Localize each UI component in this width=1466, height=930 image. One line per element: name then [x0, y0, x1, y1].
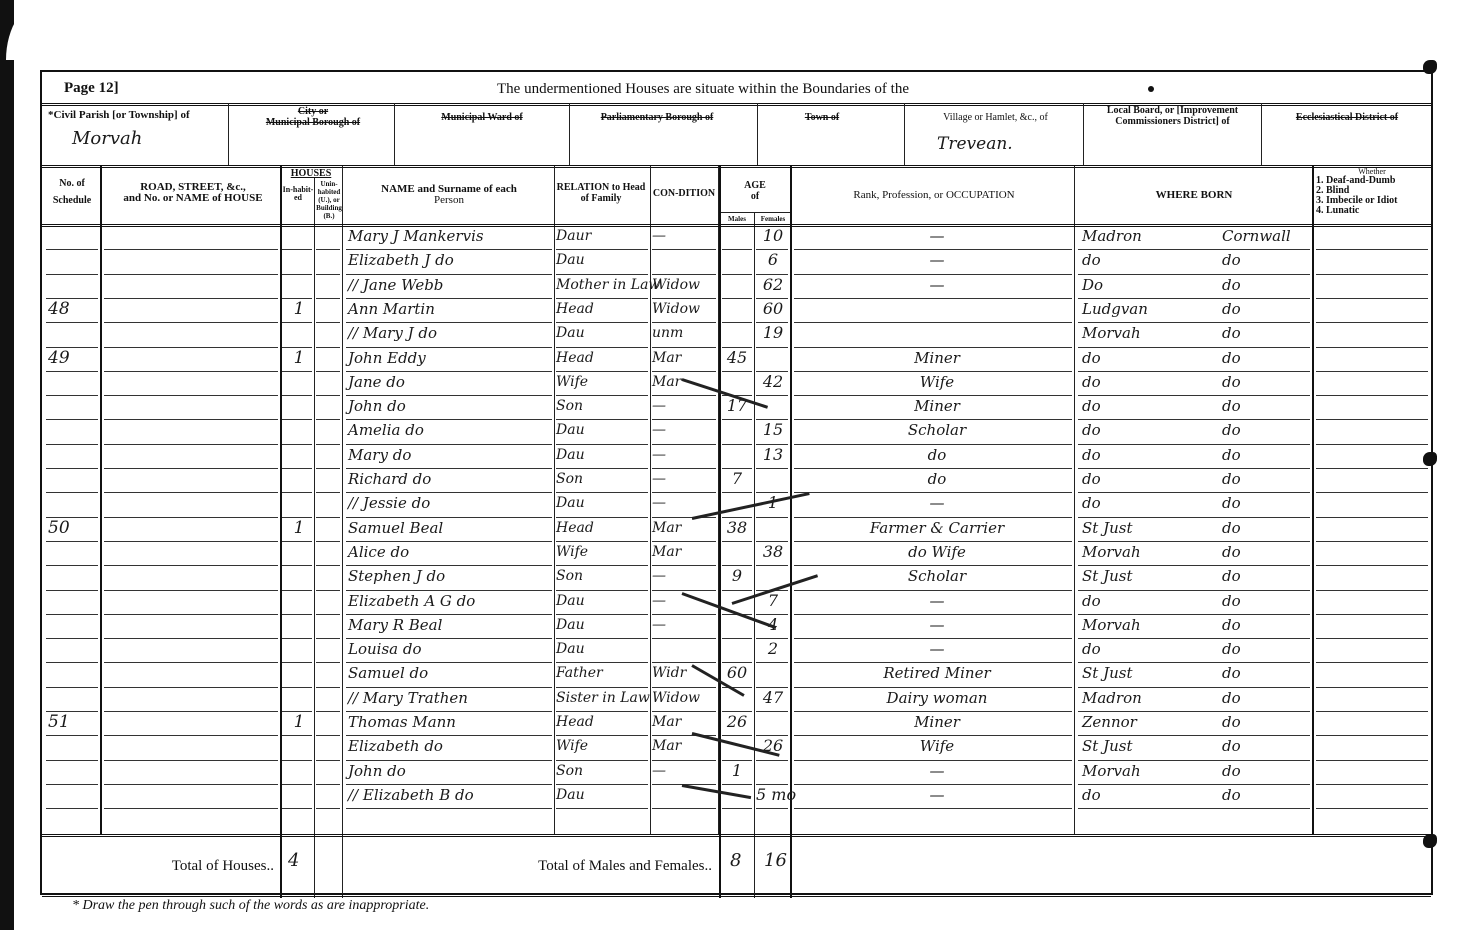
divider: [42, 894, 1431, 897]
cell-schedule: [48, 686, 98, 710]
cell-inhabited: [286, 370, 312, 394]
cell-condition: —: [652, 467, 716, 491]
row-rule: [104, 347, 278, 348]
cell-born-parish: do: [1082, 589, 1222, 613]
cell-name: Jane do: [348, 370, 552, 394]
row-rule: [104, 808, 278, 809]
cell-born-parish: Zennor: [1082, 710, 1222, 734]
row-rule: [104, 468, 278, 469]
cell-born-parish: do: [1082, 783, 1222, 807]
cell-born-county: do: [1222, 394, 1310, 418]
col-condition-header: CON-DITION: [652, 188, 716, 199]
cell-condition: [652, 637, 716, 661]
cell-born-county: do: [1222, 248, 1310, 272]
col-divider: [719, 166, 721, 898]
col-divider: [280, 166, 282, 898]
cell-schedule: 51: [48, 710, 98, 734]
cell-born-parish: do: [1082, 443, 1222, 467]
divider: [904, 103, 905, 165]
bullet-mark: [1148, 86, 1154, 92]
row-rule: [1316, 322, 1428, 323]
cell-female-age: 60: [756, 297, 790, 321]
row-rule: [1316, 614, 1428, 615]
cell-male-age: [722, 418, 752, 442]
cell-born-parish: Madron: [1082, 686, 1222, 710]
cell-born-county: do: [1222, 297, 1310, 321]
row-rule: [316, 322, 340, 323]
cell-schedule: [48, 418, 98, 442]
cell-female-age: 6: [756, 248, 790, 272]
col-males-header: Males: [720, 215, 754, 223]
row-rule: [316, 711, 340, 712]
cell-born-parish: do: [1082, 370, 1222, 394]
cell-inhabited: [286, 273, 312, 297]
row-rule: [104, 590, 278, 591]
divider: [394, 103, 395, 165]
cell-relation: Head: [556, 297, 648, 321]
cell-female-age: [756, 759, 790, 783]
cell-schedule: [48, 661, 98, 685]
cell-inhabited: [286, 613, 312, 637]
col-divider: [342, 166, 343, 898]
row-rule: [316, 444, 340, 445]
cell-name: Amelia do: [348, 418, 552, 442]
cell-name: John Eddy: [348, 346, 552, 370]
row-rule: [316, 517, 340, 518]
cell-born-parish: do: [1082, 418, 1222, 442]
cell-schedule: 49: [48, 346, 98, 370]
row-rule: [316, 614, 340, 615]
cell-female-age: 38: [756, 540, 790, 564]
row-rule: [104, 735, 278, 736]
row-rule: [1316, 249, 1428, 250]
cell-inhabited: [286, 467, 312, 491]
row-rule: [1316, 468, 1428, 469]
cell-name: Elizabeth do: [348, 734, 552, 758]
cell-schedule: [48, 759, 98, 783]
cell-name: Samuel Beal: [348, 516, 552, 540]
cell-inhabited: [286, 394, 312, 418]
cell-inhabited: 1: [286, 710, 312, 734]
cell-female-age: [756, 346, 790, 370]
cell-born-parish: Morvah: [1082, 540, 1222, 564]
cell-male-age: [722, 443, 752, 467]
row-rule: [316, 347, 340, 348]
cell-occupation: —: [802, 248, 1072, 272]
cell-name: Ann Martin: [348, 297, 552, 321]
row-rule: [316, 371, 340, 372]
cell-male-age: 38: [722, 516, 752, 540]
cell-born-county: do: [1222, 783, 1310, 807]
total-males-value: 8: [730, 850, 741, 871]
cell-born-county: do: [1222, 637, 1310, 661]
cell-born-county: do: [1222, 370, 1310, 394]
row-rule: [316, 274, 340, 275]
cell-name: // Elizabeth B do: [348, 783, 552, 807]
row-rule: [1316, 419, 1428, 420]
cell-occupation: —: [802, 759, 1072, 783]
cell-relation: Head: [556, 516, 648, 540]
cell-relation: Head: [556, 346, 648, 370]
row-rule: [316, 638, 340, 639]
header-text: Schedule: [46, 195, 98, 206]
cell-male-age: [722, 297, 752, 321]
cell-occupation: Dairy woman: [802, 686, 1072, 710]
row-rule: [316, 565, 340, 566]
cell-condition: —: [652, 224, 716, 248]
cell-female-age: [756, 516, 790, 540]
cell-relation: Son: [556, 394, 648, 418]
row-rule: [104, 249, 278, 250]
col-divider: [1074, 166, 1075, 834]
local-board-label-2: Commissioners District] of: [1085, 116, 1260, 127]
cell-occupation: —: [802, 224, 1072, 248]
cell-schedule: [48, 273, 98, 297]
boundary-heading: The undermentioned Houses are situate wi…: [497, 81, 909, 98]
divider: [42, 834, 1431, 837]
row-rule: [104, 322, 278, 323]
cell-occupation: Retired Miner: [802, 661, 1072, 685]
cell-male-age: 60: [722, 661, 752, 685]
row-rule: [104, 492, 278, 493]
cell-born-county: do: [1222, 613, 1310, 637]
row-rule: [104, 614, 278, 615]
city-label-2: Municipal Borough of: [238, 117, 388, 128]
cell-male-age: [722, 637, 752, 661]
cell-relation: Dau: [556, 418, 648, 442]
cell-inhabited: [286, 321, 312, 345]
cell-born-parish: Madron: [1082, 224, 1222, 248]
cell-inhabited: [286, 686, 312, 710]
cell-name: Mary R Beal: [348, 613, 552, 637]
cell-schedule: [48, 491, 98, 515]
cell-occupation: Wife: [802, 734, 1072, 758]
row-rule: [1316, 565, 1428, 566]
cell-relation: Head: [556, 710, 648, 734]
cell-born-parish: St Just: [1082, 661, 1222, 685]
cell-born-county: do: [1222, 273, 1310, 297]
cell-schedule: 50: [48, 516, 98, 540]
cell-male-age: 26: [722, 710, 752, 734]
row-rule: [104, 419, 278, 420]
cell-name: Louisa do: [348, 637, 552, 661]
cell-condition: unm: [652, 321, 716, 345]
cell-relation: Wife: [556, 540, 648, 564]
col-uninhabited-header: Unin-habited (U.), or Building (B.): [316, 180, 342, 220]
cell-occupation: Miner: [802, 346, 1072, 370]
cell-female-age: 2: [756, 637, 790, 661]
cell-born-parish: do: [1082, 491, 1222, 515]
divider: [1083, 103, 1084, 165]
cell-condition: Widow: [652, 297, 716, 321]
row-rule: [104, 541, 278, 542]
local-board-label-1: Local Board, or [Improvement: [1085, 105, 1260, 116]
cell-inhabited: [286, 224, 312, 248]
row-rule: [104, 760, 278, 761]
cell-born-county: do: [1222, 467, 1310, 491]
cell-schedule: [48, 370, 98, 394]
cell-male-age: [722, 540, 752, 564]
row-rule: [104, 638, 278, 639]
cell-born-parish: Morvah: [1082, 613, 1222, 637]
total-houses-value: 4: [288, 850, 299, 871]
cell-relation: Son: [556, 564, 648, 588]
cell-name: // Mary Trathen: [348, 686, 552, 710]
col-name-header: NAME and Surname of each Person: [344, 184, 554, 206]
cell-inhabited: [286, 540, 312, 564]
row-rule: [104, 784, 278, 785]
row-rule: [556, 808, 648, 809]
cell-inhabited: 1: [286, 346, 312, 370]
cell-male-age: [722, 248, 752, 272]
cell-occupation: —: [802, 637, 1072, 661]
row-rule: [1316, 274, 1428, 275]
cell-born-parish: St Just: [1082, 734, 1222, 758]
cell-inhabited: 1: [286, 297, 312, 321]
col-road-header: ROAD, STREET, &c., and No. or NAME of HO…: [104, 182, 282, 204]
row-rule: [316, 298, 340, 299]
cell-relation: Dau: [556, 613, 648, 637]
cell-born-county: do: [1222, 734, 1310, 758]
cell-occupation: —: [802, 783, 1072, 807]
cell-born-county: do: [1222, 710, 1310, 734]
cell-born-county: do: [1222, 759, 1310, 783]
cell-occupation: do Wife: [802, 540, 1072, 564]
cell-condition: —: [652, 443, 716, 467]
cell-relation: Wife: [556, 370, 648, 394]
cell-female-age: [756, 467, 790, 491]
row-rule: [104, 298, 278, 299]
footnote: * Draw the pen through such of the words…: [72, 898, 429, 914]
col-whether-header: Whether 1. Deaf-and-Dumb 2. Blind 3. Imb…: [1316, 168, 1428, 216]
row-rule: [316, 590, 340, 591]
divider: [757, 103, 758, 165]
row-rule: [104, 395, 278, 396]
cell-born-county: do: [1222, 516, 1310, 540]
col-where-born-header: WHERE BORN: [1076, 190, 1312, 201]
row-rule: [316, 735, 340, 736]
municipal-ward-label: Municipal Ward of: [402, 112, 562, 123]
col-divider: [754, 212, 755, 898]
cell-relation: Father: [556, 661, 648, 685]
row-rule: [1316, 687, 1428, 688]
cell-condition: [652, 248, 716, 272]
row-rule: [316, 541, 340, 542]
col-divider: [1312, 166, 1314, 834]
cell-occupation: [802, 321, 1072, 345]
cell-schedule: [48, 248, 98, 272]
cell-born-county: do: [1222, 346, 1310, 370]
col-divider: [314, 178, 315, 898]
cell-born-county: Cornwall: [1222, 224, 1310, 248]
cell-born-parish: do: [1082, 346, 1222, 370]
header-text: 4. Lunatic: [1316, 206, 1428, 216]
col-females-header: Females: [755, 215, 791, 223]
cell-occupation: Scholar: [802, 564, 1072, 588]
cell-condition: —: [652, 564, 716, 588]
cell-born-county: do: [1222, 661, 1310, 685]
col-relation-header: RELATION to Head of Family: [556, 182, 646, 204]
row-rule: [756, 808, 788, 809]
row-rule: [316, 760, 340, 761]
row-rule: [1316, 808, 1428, 809]
village-value: Trevean.: [937, 134, 1013, 154]
civil-parish-label: *Civil Parish [or Township] of: [48, 110, 190, 121]
cell-relation: Dau: [556, 783, 648, 807]
cell-inhabited: [286, 637, 312, 661]
cell-condition: Widow: [652, 273, 716, 297]
col-age-header: AGE of: [720, 180, 790, 202]
cell-born-parish: do: [1082, 248, 1222, 272]
cell-condition: Mar: [652, 516, 716, 540]
row-rule: [1316, 395, 1428, 396]
cell-condition: Mar: [652, 346, 716, 370]
cell-name: // Jessie do: [348, 491, 552, 515]
town-label: Town of: [762, 112, 882, 123]
cell-born-parish: Morvah: [1082, 321, 1222, 345]
cell-male-age: [722, 370, 752, 394]
cell-schedule: [48, 443, 98, 467]
row-rule: [316, 662, 340, 663]
cell-name: Samuel do: [348, 661, 552, 685]
cell-schedule: 48: [48, 297, 98, 321]
cell-condition: Mar: [652, 540, 716, 564]
cell-born-parish: do: [1082, 394, 1222, 418]
cell-name: Elizabeth A G do: [348, 589, 552, 613]
cell-female-age: 47: [756, 686, 790, 710]
cell-female-age: 62: [756, 273, 790, 297]
cell-occupation: —: [802, 491, 1072, 515]
parliamentary-borough-label: Parliamentary Borough of: [572, 112, 742, 123]
cell-occupation: do: [802, 443, 1072, 467]
cell-male-age: 45: [722, 346, 752, 370]
cell-name: // Jane Webb: [348, 273, 552, 297]
cell-born-county: do: [1222, 418, 1310, 442]
civil-parish-value: Morvah: [72, 128, 142, 149]
cell-inhabited: [286, 589, 312, 613]
cell-occupation: do: [802, 467, 1072, 491]
cell-female-age: 5 mo: [756, 783, 790, 807]
cell-female-age: 10: [756, 224, 790, 248]
cell-condition: —: [652, 613, 716, 637]
row-rule: [104, 662, 278, 663]
city-label-1: City or: [238, 106, 388, 117]
cell-occupation: [802, 297, 1072, 321]
cell-inhabited: [286, 564, 312, 588]
cell-born-county: do: [1222, 491, 1310, 515]
cell-female-age: [756, 661, 790, 685]
cell-born-county: do: [1222, 321, 1310, 345]
row-rule: [1316, 492, 1428, 493]
cell-inhabited: [286, 661, 312, 685]
cell-condition: Mar: [652, 710, 716, 734]
cell-born-county: do: [1222, 589, 1310, 613]
row-rule: [316, 395, 340, 396]
cell-relation: Sister in Law: [556, 686, 648, 710]
cell-born-parish: Do: [1082, 273, 1222, 297]
cell-name: // Mary J do: [348, 321, 552, 345]
col-divider: [100, 166, 102, 834]
cell-name: John do: [348, 759, 552, 783]
cell-schedule: [48, 589, 98, 613]
col-houses-header: HOUSES: [282, 168, 340, 179]
cell-schedule: [48, 394, 98, 418]
civil-parish-label-text: *Civil Parish [or Township] of: [48, 109, 190, 121]
row-rule: [722, 808, 752, 809]
cell-male-age: [722, 224, 752, 248]
row-rule: [316, 808, 340, 809]
cell-occupation: Miner: [802, 710, 1072, 734]
cell-female-age: [756, 710, 790, 734]
col-occupation-header: Rank, Profession, or OCCUPATION: [794, 190, 1074, 201]
row-rule: [1316, 662, 1428, 663]
cell-inhabited: [286, 783, 312, 807]
cell-inhabited: [286, 759, 312, 783]
cell-relation: Son: [556, 759, 648, 783]
row-rule: [1316, 735, 1428, 736]
row-rule: [1316, 590, 1428, 591]
cell-relation: Dau: [556, 637, 648, 661]
row-rule: [316, 687, 340, 688]
cell-born-parish: Morvah: [1082, 759, 1222, 783]
col-divider: [554, 166, 555, 834]
divider: [720, 212, 790, 213]
cell-relation: Dau: [556, 248, 648, 272]
row-rule: [1316, 760, 1428, 761]
cell-schedule: [48, 734, 98, 758]
cell-schedule: [48, 637, 98, 661]
cell-female-age: 13: [756, 443, 790, 467]
header-text: No. of: [46, 178, 98, 189]
cell-inhabited: [286, 734, 312, 758]
row-rule: [282, 808, 312, 809]
cell-born-parish: St Just: [1082, 564, 1222, 588]
cell-relation: Daur: [556, 224, 648, 248]
cell-name: Elizabeth J do: [348, 248, 552, 272]
row-rule: [1316, 638, 1428, 639]
cell-occupation: —: [802, 273, 1072, 297]
cell-male-age: 7: [722, 467, 752, 491]
col-schedule-header: No. of Schedule: [46, 178, 98, 206]
cell-occupation: —: [802, 613, 1072, 637]
cell-occupation: Farmer & Carrier: [802, 516, 1072, 540]
cell-occupation: Wife: [802, 370, 1072, 394]
row-rule: [1316, 298, 1428, 299]
cell-relation: Wife: [556, 734, 648, 758]
cell-name: Mary do: [348, 443, 552, 467]
row-rule: [104, 711, 278, 712]
row-rule: [1316, 711, 1428, 712]
cell-occupation: Scholar: [802, 418, 1072, 442]
cell-name: Richard do: [348, 467, 552, 491]
cell-name: John do: [348, 394, 552, 418]
cell-condition: —: [652, 418, 716, 442]
row-rule: [1078, 808, 1310, 809]
divider: [42, 165, 1431, 168]
row-rule: [652, 808, 716, 809]
row-rule: [104, 274, 278, 275]
cell-condition: —: [652, 491, 716, 515]
cell-inhabited: [286, 418, 312, 442]
row-rule: [1316, 517, 1428, 518]
cell-relation: Dau: [556, 443, 648, 467]
row-rule: [104, 687, 278, 688]
divider: [228, 103, 229, 165]
divider: [1261, 103, 1262, 165]
row-rule: [104, 444, 278, 445]
row-rule: [316, 249, 340, 250]
total-houses-label: Total of Houses..: [102, 858, 274, 875]
